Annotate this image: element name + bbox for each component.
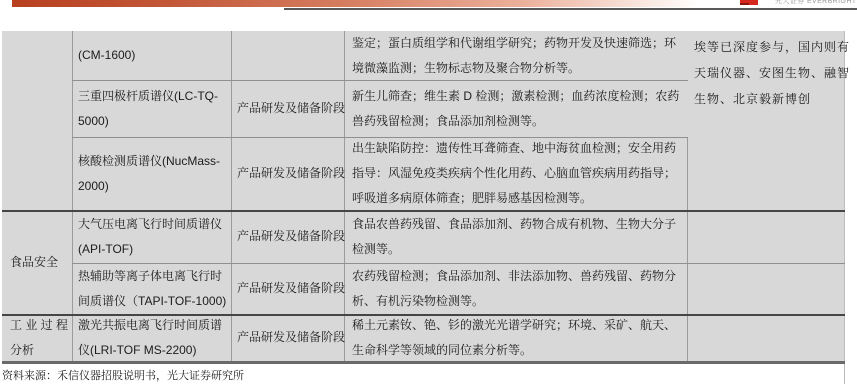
- table-cell-instrument-6: 激光共振电离飞行时间质谱 仪(LRI-TOF MS-2200): [78, 314, 222, 361]
- table-cell-instrument-2: 三重四极杆质谱仪(LC-TQ- 5000): [78, 80, 218, 137]
- table-cell-instrument-1: (CM-1600): [78, 31, 135, 80]
- table-vline-col4: [687, 137, 688, 363]
- table-cell-stage-2: 产品研发及储备阶段: [237, 80, 345, 137]
- table-cell-stage-5: 产品研发及储备阶段: [237, 263, 345, 314]
- table-cell-stage-6: 产品研发及储备阶段: [237, 314, 345, 361]
- everbright-logo-text-label: 光大证券 EVERBRIGHT SECURITIES: [775, 0, 855, 5]
- report-page: 光大证券 EVERBRIGHT SECURITIES (CM-1600) 鉴定；…: [0, 0, 857, 384]
- table-cell-applications-6: 稀土元素钕、铯、钐的激光光谱学研究；环境、采矿、航天、 生命科学等领域的同位素分…: [352, 314, 676, 361]
- everbright-logo-text: 光大证券 EVERBRIGHT SECURITIES: [775, 0, 855, 5]
- table-cell-applications-2: 新生儿筛查；维生素 D 检测；激素检测；血药浓度检测；农药 兽药残留检测；食品添…: [352, 80, 679, 137]
- table-cell-stage-4: 产品研发及储备阶段: [237, 210, 345, 263]
- table-cell-applications-5: 农药残留检测；食品添加剂、非法添加物、兽药残留、药物分 析、有机污染物检测等。: [352, 263, 676, 314]
- table-cell-applications-4: 食品农兽药残留、食品添加剂、药物合成有机物、生物大分子 检测等。: [352, 210, 676, 263]
- margin-note-text: 埃等已深度参与，国内则有 天瑞仪器、安图生物、融智 生物、北京毅新博创: [694, 34, 856, 112]
- source-line: 资料来源：禾信仪器招股说明书，光大证券研究所: [2, 367, 244, 383]
- table-cell-stage-3: 产品研发及储备阶段: [237, 137, 345, 210]
- table-cell-instrument-3: 核酸检测质谱仪(NucMass- 2000): [78, 137, 220, 210]
- everbright-logo-icon: [740, 0, 758, 5]
- header-rule: [284, 8, 857, 10]
- table-cell-instrument-5: 热辅助等离子体电离飞行时 间质谱仪（TAPI-TOF-1000): [78, 263, 226, 314]
- table-cell-applications-1: 鉴定；蛋白质组学和代谢组学研究；药物开发及快速筛选；环 境微藻监测；生物标志物及…: [352, 31, 676, 80]
- table-cell-instrument-4: 大气压电离飞行时间质谱仪 (API-TOF): [78, 210, 222, 263]
- header-accent-bar: [12, 0, 698, 7]
- table-cell-category-food-safety: 食品安全: [10, 210, 58, 314]
- table-cell-applications-3: 出生缺陷防控：遗传性耳聋筛查、地中海贫血检测；安全用药 指导：风湿免疫类疾病个性…: [352, 137, 676, 210]
- table-cell-category-industrial: 工 业 过 程 分析: [10, 314, 68, 361]
